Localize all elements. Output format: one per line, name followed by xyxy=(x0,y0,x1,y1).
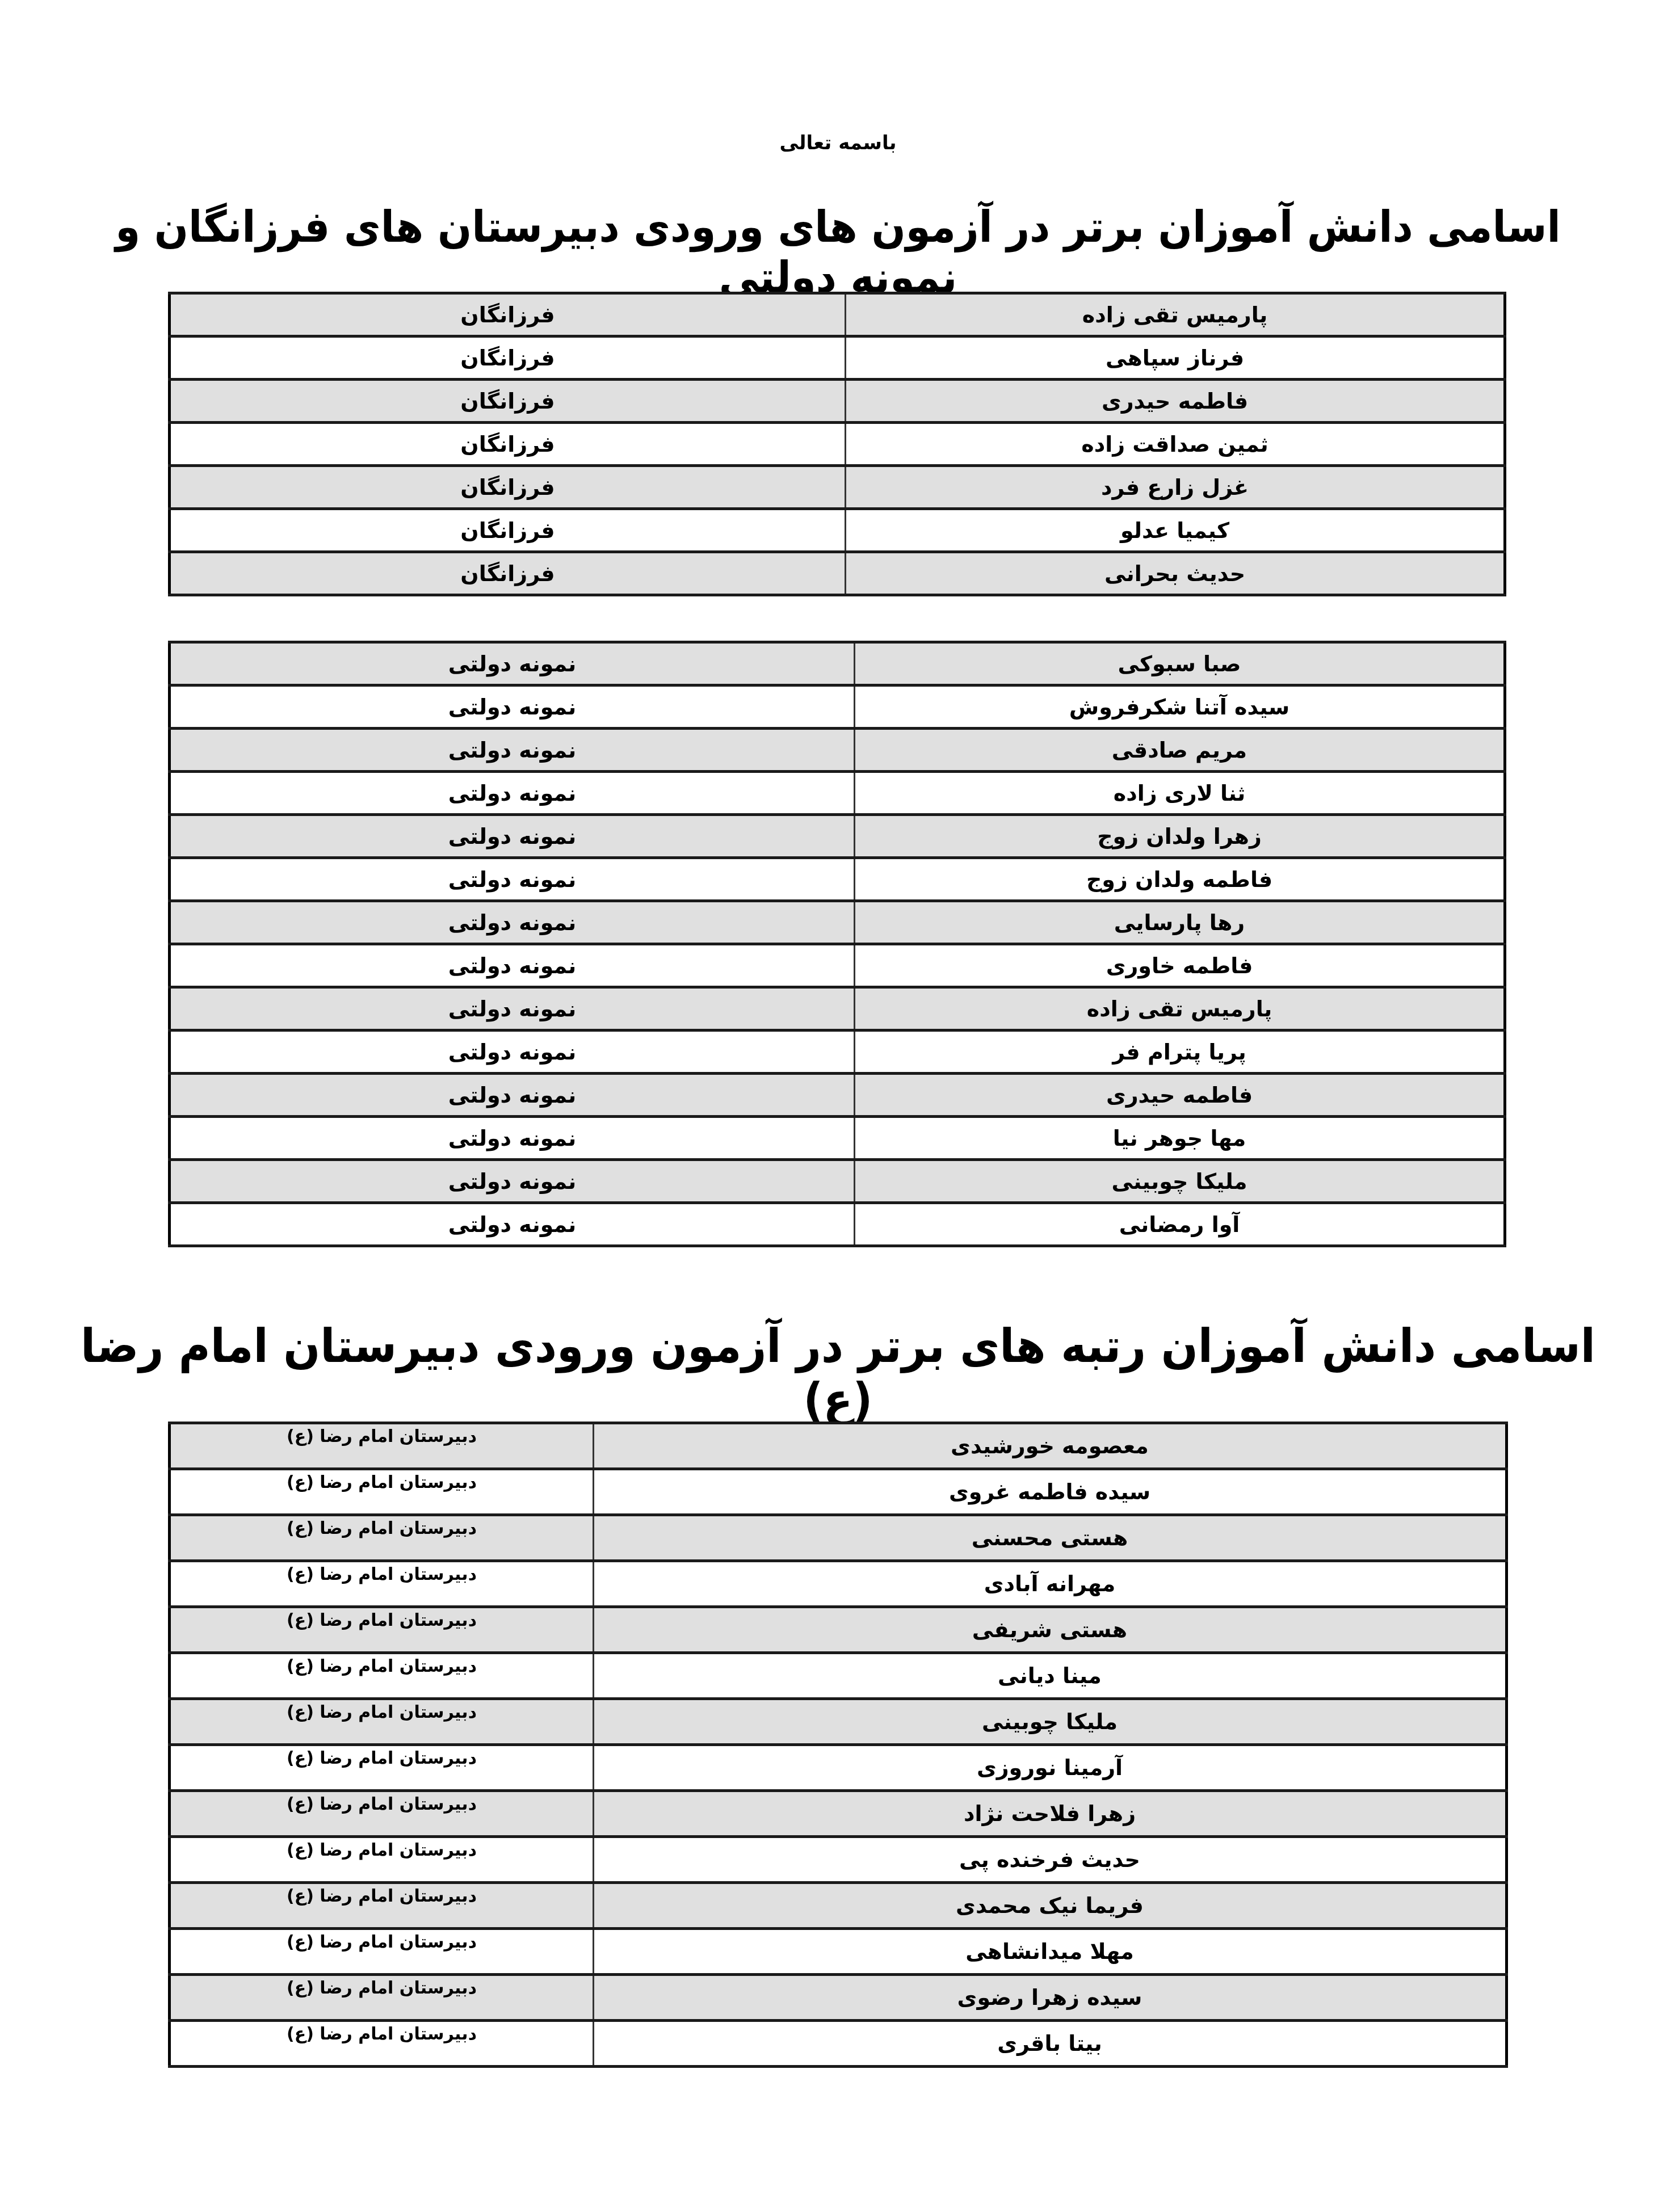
school-name: نمونه دولتی xyxy=(170,1117,855,1160)
school-name: دبیرستان امام رضا (ع) xyxy=(170,1975,594,2021)
school-name: نمونه دولتی xyxy=(170,901,855,944)
student-name: مریم صادقی xyxy=(855,729,1505,772)
student-name: آوا رمضانی xyxy=(855,1203,1505,1246)
school-name: دبیرستان امام رضا (ع) xyxy=(170,1837,594,1883)
student-name: سیده زهرا رضوی xyxy=(594,1975,1507,2021)
school-name: دبیرستان امام رضا (ع) xyxy=(170,1653,594,1699)
table-row: فاطمه خاوری نمونه دولتی xyxy=(170,944,1505,987)
school-name: دبیرستان امام رضا (ع) xyxy=(170,1469,594,1515)
table-row: فاطمه ولدان زوج نمونه دولتی xyxy=(170,858,1505,901)
table-row: رها پارسایی نمونه دولتی xyxy=(170,901,1505,944)
table-row: مینا دیانی دبیرستان امام رضا (ع) xyxy=(170,1653,1507,1699)
student-name: سیده فاطمه غروی xyxy=(594,1469,1507,1515)
table-row: سیده فاطمه غروی دبیرستان امام رضا (ع) xyxy=(170,1469,1507,1515)
table-row: هستی محسنی دبیرستان امام رضا (ع) xyxy=(170,1515,1507,1561)
student-name: هستی شریفی xyxy=(594,1607,1507,1653)
school-name: فرزانگان xyxy=(170,423,846,466)
table-row: پریا پترام فر نمونه دولتی xyxy=(170,1031,1505,1074)
school-name: نمونه دولتی xyxy=(170,815,855,858)
table-row: آرمینا نوروزی دبیرستان امام رضا (ع) xyxy=(170,1745,1507,1791)
table-row: بیتا باقری دبیرستان امام رضا (ع) xyxy=(170,2021,1507,2067)
table-row: مها جوهر نیا نمونه دولتی xyxy=(170,1117,1505,1160)
student-name: ملیکا چوبینی xyxy=(855,1160,1505,1203)
student-name: فاطمه حیدری xyxy=(846,380,1505,423)
student-name: زهرا ولدان زوج xyxy=(855,815,1505,858)
school-name: نمونه دولتی xyxy=(170,729,855,772)
emam-reza-students-table: معصومه خورشیدی دبیرستان امام رضا (ع) سید… xyxy=(168,1422,1508,2068)
student-name: کیمیا عدلو xyxy=(846,509,1505,552)
school-name: نمونه دولتی xyxy=(170,642,855,686)
school-name: دبیرستان امام رضا (ع) xyxy=(170,1423,594,1469)
student-name: رها پارسایی xyxy=(855,901,1505,944)
table-row: ملیکا چوبینی دبیرستان امام رضا (ع) xyxy=(170,1699,1507,1745)
student-name: بیتا باقری xyxy=(594,2021,1507,2067)
school-name: دبیرستان امام رضا (ع) xyxy=(170,1561,594,1607)
table-row: زهرا فلاحت نژاد دبیرستان امام رضا (ع) xyxy=(170,1791,1507,1837)
table-row: فاطمه حیدری فرزانگان xyxy=(170,380,1505,423)
school-name: نمونه دولتی xyxy=(170,1074,855,1117)
table-row: فاطمه حیدری نمونه دولتی xyxy=(170,1074,1505,1117)
title-emam-reza: اسامی دانش آموزان رتبه های برتر در آزمون… xyxy=(58,1319,1617,1427)
title-farzanegan-nemune: اسامی دانش آموزان برتر در آزمون های ورود… xyxy=(58,201,1617,302)
table-row: پارمیس تقی زاده نمونه دولتی xyxy=(170,987,1505,1031)
student-name: سیده آتنا شکرفروش xyxy=(855,686,1505,729)
school-name: دبیرستان امام رضا (ع) xyxy=(170,1699,594,1745)
school-name: فرزانگان xyxy=(170,337,846,380)
student-name: پارمیس تقی زاده xyxy=(846,293,1505,337)
table-row: سیده آتنا شکرفروش نمونه دولتی xyxy=(170,686,1505,729)
school-name: دبیرستان امام رضا (ع) xyxy=(170,1515,594,1561)
student-name: حدیث فرخنده پی xyxy=(594,1837,1507,1883)
student-name: فاطمه ولدان زوج xyxy=(855,858,1505,901)
document-page: باسمه تعالی اسامی دانش آموزان برتر در آز… xyxy=(0,0,1676,2212)
school-name: نمونه دولتی xyxy=(170,772,855,815)
school-name: فرزانگان xyxy=(170,466,846,509)
student-name: مینا دیانی xyxy=(594,1653,1507,1699)
student-name: فاطمه حیدری xyxy=(855,1074,1505,1117)
school-name: فرزانگان xyxy=(170,552,846,595)
table-row: حدیث بحرانی فرزانگان xyxy=(170,552,1505,595)
table-row: پارمیس تقی زاده فرزانگان xyxy=(170,293,1505,337)
school-name: فرزانگان xyxy=(170,380,846,423)
table-row: ملیکا چوبینی نمونه دولتی xyxy=(170,1160,1505,1203)
table-row: فریما نیک محمدی دبیرستان امام رضا (ع) xyxy=(170,1883,1507,1929)
table-row: معصومه خورشیدی دبیرستان امام رضا (ع) xyxy=(170,1423,1507,1469)
student-name: حدیث بحرانی xyxy=(846,552,1505,595)
school-name: نمونه دولتی xyxy=(170,686,855,729)
school-name: دبیرستان امام رضا (ع) xyxy=(170,1929,594,1975)
student-name: ملیکا چوبینی xyxy=(594,1699,1507,1745)
student-name: زهرا فلاحت نژاد xyxy=(594,1791,1507,1837)
school-name: دبیرستان امام رضا (ع) xyxy=(170,1883,594,1929)
school-name: فرزانگان xyxy=(170,293,846,337)
student-name: فاطمه خاوری xyxy=(855,944,1505,987)
table-row: آوا رمضانی نمونه دولتی xyxy=(170,1203,1505,1246)
table-row: صبا سبوکی نمونه دولتی xyxy=(170,642,1505,686)
school-name: نمونه دولتی xyxy=(170,1160,855,1203)
school-name: دبیرستان امام رضا (ع) xyxy=(170,1791,594,1837)
table-row: مریم صادقی نمونه دولتی xyxy=(170,729,1505,772)
school-name: نمونه دولتی xyxy=(170,944,855,987)
student-name: مها جوهر نیا xyxy=(855,1117,1505,1160)
student-name: صبا سبوکی xyxy=(855,642,1505,686)
table-row: زهرا ولدان زوج نمونه دولتی xyxy=(170,815,1505,858)
school-name: نمونه دولتی xyxy=(170,987,855,1031)
school-name: دبیرستان امام رضا (ع) xyxy=(170,2021,594,2067)
student-name: غزل زارع فرد xyxy=(846,466,1505,509)
school-name: دبیرستان امام رضا (ع) xyxy=(170,1745,594,1791)
student-name: پارمیس تقی زاده xyxy=(855,987,1505,1031)
student-name: آرمینا نوروزی xyxy=(594,1745,1507,1791)
student-name: معصومه خورشیدی xyxy=(594,1423,1507,1469)
school-name: فرزانگان xyxy=(170,509,846,552)
student-name: ثنا لاری زاده xyxy=(855,772,1505,815)
student-name: مهرانه آبادی xyxy=(594,1561,1507,1607)
student-name: هستی محسنی xyxy=(594,1515,1507,1561)
table-row: غزل زارع فرد فرزانگان xyxy=(170,466,1505,509)
student-name: مهلا میدانشاهی xyxy=(594,1929,1507,1975)
table-row: ثنا لاری زاده نمونه دولتی xyxy=(170,772,1505,815)
table-row: هستی شریفی دبیرستان امام رضا (ع) xyxy=(170,1607,1507,1653)
student-name: پریا پترام فر xyxy=(855,1031,1505,1074)
table-row: مهرانه آبادی دبیرستان امام رضا (ع) xyxy=(170,1561,1507,1607)
table-row: کیمیا عدلو فرزانگان xyxy=(170,509,1505,552)
table-row: مهلا میدانشاهی دبیرستان امام رضا (ع) xyxy=(170,1929,1507,1975)
student-name: ثمین صداقت زاده xyxy=(846,423,1505,466)
table-row: حدیث فرخنده پی دبیرستان امام رضا (ع) xyxy=(170,1837,1507,1883)
table-row: ثمین صداقت زاده فرزانگان xyxy=(170,423,1505,466)
nemune-dolati-students-table: صبا سبوکی نمونه دولتی سیده آتنا شکرفروش … xyxy=(168,641,1506,1247)
table-row: سیده زهرا رضوی دبیرستان امام رضا (ع) xyxy=(170,1975,1507,2021)
basmala-header: باسمه تعالی xyxy=(0,132,1676,154)
student-name: فریما نیک محمدی xyxy=(594,1883,1507,1929)
school-name: نمونه دولتی xyxy=(170,1031,855,1074)
table-row: فرناز سپاهی فرزانگان xyxy=(170,337,1505,380)
farzanegan-students-table: پارمیس تقی زاده فرزانگان فرناز سپاهی فرز… xyxy=(168,292,1506,596)
school-name: نمونه دولتی xyxy=(170,1203,855,1246)
student-name: فرناز سپاهی xyxy=(846,337,1505,380)
school-name: دبیرستان امام رضا (ع) xyxy=(170,1607,594,1653)
school-name: نمونه دولتی xyxy=(170,858,855,901)
